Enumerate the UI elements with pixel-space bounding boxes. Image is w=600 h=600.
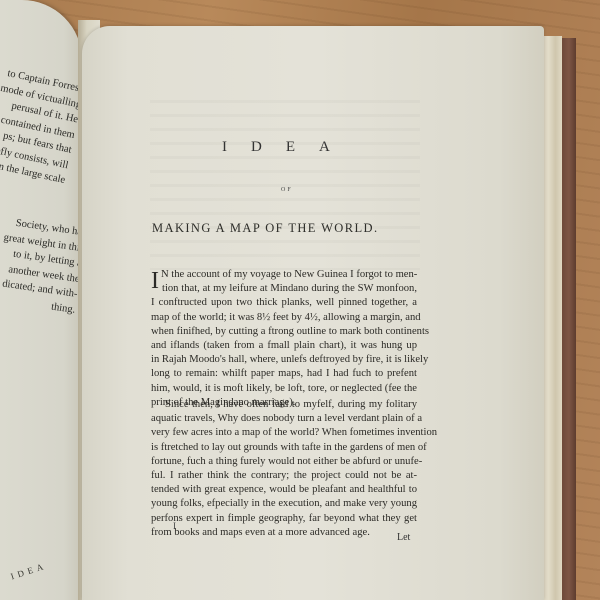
page-title: MAKING A MAP OF THE WORLD. xyxy=(152,221,422,236)
text-line: is ftretched to lay out grounds with taf… xyxy=(151,441,417,455)
text-line: aquatic travels, Why does nobody turn a … xyxy=(151,412,417,426)
book-cover-edge xyxy=(562,38,576,600)
text-line: when finifhed, by cutting a ftrong outli… xyxy=(151,325,417,339)
left-page-running-footer: IDEA xyxy=(9,560,48,581)
text-line: tion that, at my leifure at Mindano duri… xyxy=(151,282,417,296)
text-line: Since then, I have often faid to myfelf,… xyxy=(151,398,417,412)
left-page-text-bottom: Society, who has great weight in this to… xyxy=(0,212,82,318)
text-line: and iflands (taken from a fmall plain ch… xyxy=(151,339,417,353)
text-line: from books and maps even at a more advan… xyxy=(151,526,417,540)
text-line: N the account of my voyage to New Guinea… xyxy=(151,268,417,282)
drop-cap: I xyxy=(151,270,159,292)
paragraph-1: I N the account of my voyage to New Guin… xyxy=(151,268,417,410)
text-line: perfons expert in fimple geography, far … xyxy=(151,512,417,526)
text-line: very few acres into a map of the world? … xyxy=(151,426,417,440)
signature-mark: I xyxy=(173,521,176,531)
text-line: map of the world; it was 8½ feet by 4½, … xyxy=(151,311,417,325)
left-page: to Captain Forrest, mode of victualling … xyxy=(0,0,82,600)
left-page-text-top: to Captain Forrest, mode of victualling … xyxy=(0,62,82,189)
text-line: ful. I rather think the contrary; the pr… xyxy=(151,469,417,483)
paragraph-2: Since then, I have often faid to myfelf,… xyxy=(151,398,417,540)
catchword: Let xyxy=(397,532,410,543)
text-line: young folks, efpecially in the execution… xyxy=(151,497,417,511)
text-line: I conftructed upon two thick planks, wel… xyxy=(151,296,417,310)
text-line: long to remain: whilft paper maps, had I… xyxy=(151,367,417,381)
section-header-of: OF xyxy=(281,187,293,193)
section-header: IDEA xyxy=(222,139,382,156)
show-through-text xyxy=(150,100,420,270)
text-line: in Rajah Moodo's hall, where, unlefs def… xyxy=(151,353,417,367)
text-line: him, would, it is moft likely, be loft, … xyxy=(151,382,417,396)
text-line: tended with great expence, would be plea… xyxy=(151,483,417,497)
text-line: fortune, fuch a thing furely would not e… xyxy=(151,455,417,469)
